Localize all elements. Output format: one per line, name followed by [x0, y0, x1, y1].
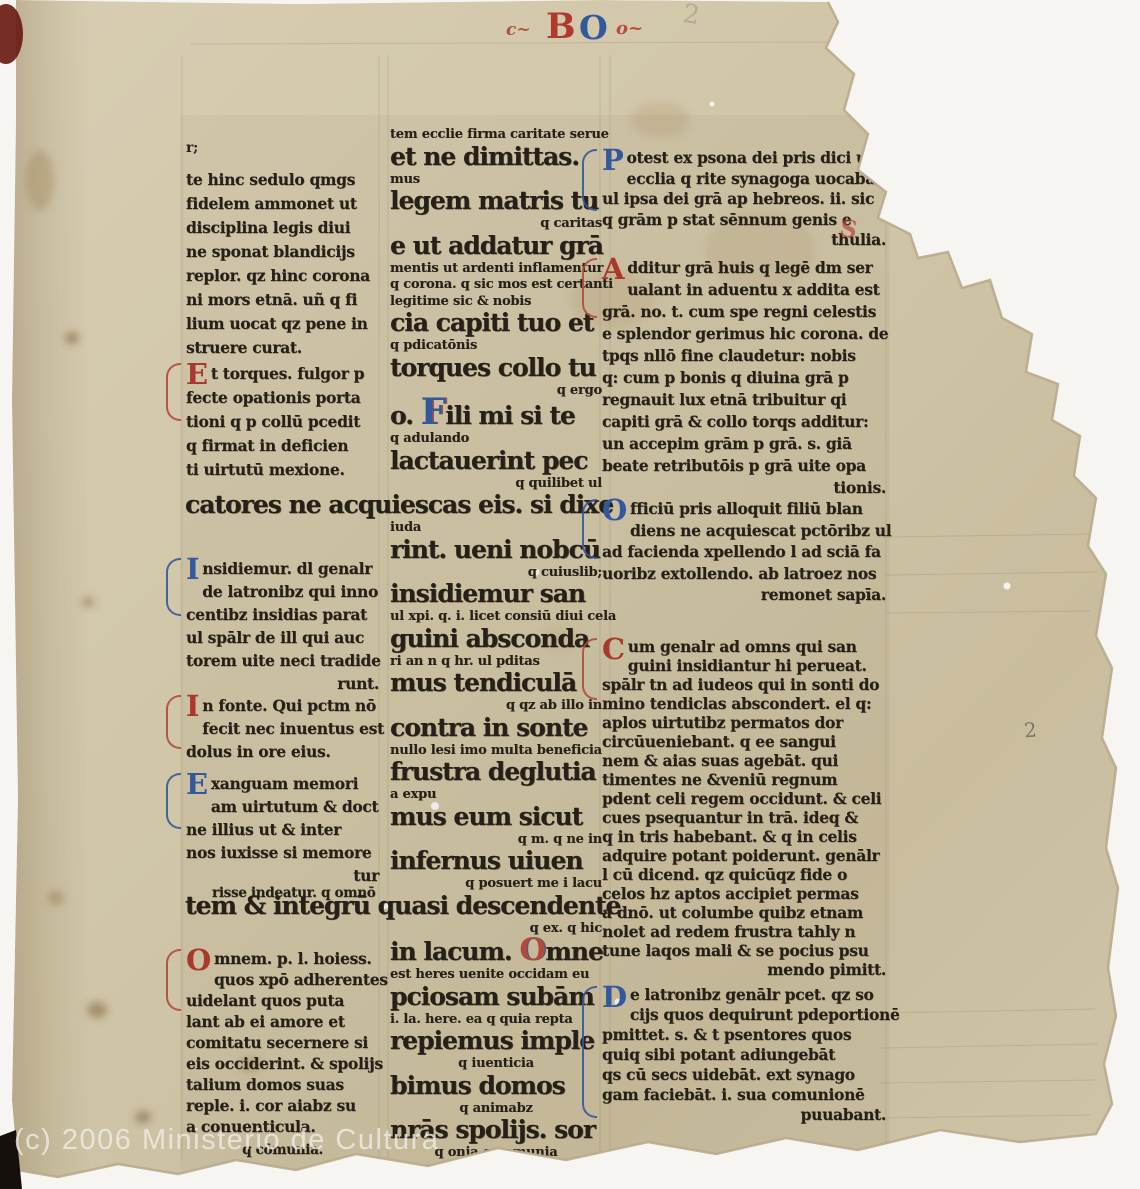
manuscript-text-line: runt. — [186, 672, 379, 695]
initial-bracket-flourish — [582, 499, 597, 559]
manuscript-text-line: reple. i. cor aiabz su — [186, 1095, 379, 1116]
manuscript-text-line: nolet ad redem frustra tahly n — [602, 922, 886, 941]
scripture-text-line: infernus uiuen — [390, 847, 602, 875]
scripture-text-line: et ne dimittas. — [390, 143, 602, 171]
manuscript-text-line: ecclia q rite synagoga uocabant — [602, 169, 886, 190]
interlinear-gloss: iuda — [390, 520, 602, 536]
commentary-block: Omnem. p. l. hoiess.quos xpō adherentesu… — [186, 948, 379, 1137]
manuscript-text-line: grā. no. t. cum spe regni celestis — [602, 301, 886, 323]
copyright-watermark: (c) 2006 Ministerio de Cultura — [14, 1124, 439, 1157]
interlinear-gloss: q qz ab illo in — [390, 698, 602, 714]
initial-bracket-flourish — [582, 986, 597, 1118]
initial-bracket-flourish — [166, 363, 181, 421]
left-commentary-column: r; te hinc sedulo qmgsfidelem ammonet ut… — [186, 0, 379, 1189]
commentary-block: Exanguam memoriam uirtutum & doctne illi… — [186, 772, 379, 887]
interlinear-gloss: tem ecclie firma caritate serue — [390, 127, 602, 143]
manuscript-text-line: ul spālr de ill qui auc — [186, 626, 379, 649]
illuminated-initial: E — [186, 362, 208, 386]
gutter-shadow — [0, 0, 90, 1189]
manuscript-text-line: tionis. — [602, 477, 886, 499]
scripture-text-line: pciosam subām — [390, 983, 602, 1011]
manuscript-text-line: pmittet. s. & t psentores quos — [602, 1025, 886, 1045]
manuscript-text-line: Cum genalr ad omns qui san — [602, 637, 886, 656]
manuscript-text-line: aplos uirtutibz permatos dor — [602, 713, 886, 732]
scripture-text-line: catores ne acquiescas eis. si dixe — [185, 491, 601, 519]
interlinear-gloss: q quilibet ul — [390, 476, 602, 492]
scripture-text-line: torques collo tu — [390, 354, 602, 382]
manuscript-text-line: ad facienda xpellendo l ad sciā fa — [602, 541, 886, 563]
manuscript-text-line: fidelem ammonet ut — [186, 192, 379, 216]
scripture-text-line: insidiemur san — [390, 580, 602, 608]
manuscript-text-line: De latronibz genālr pcet. qz so — [602, 985, 886, 1005]
manuscript-text-line: de latronibz qui inno — [186, 580, 379, 603]
manuscript-text-line: Officiū pris alloquit filiū blan — [602, 498, 886, 520]
running-title-letter-o: O — [579, 8, 608, 47]
rubric-flourish-left: c~ — [506, 20, 531, 40]
illuminated-initial: P — [602, 148, 624, 172]
manuscript-text-line: tpqs nllō fine claudetur: nobis — [602, 345, 886, 367]
manuscript-text-line: struere curat. — [186, 336, 379, 360]
illuminated-initial: O — [519, 932, 545, 968]
scripture-text-line: repiemus imple — [390, 1027, 602, 1055]
interlinear-gloss: q ex. q hic — [390, 921, 602, 937]
commentary-block: Additur grā huis q legē dm serualant in … — [602, 257, 886, 499]
commentary-block: Insidiemur. dl genalrde latronibz qui in… — [186, 557, 379, 695]
scripture-text-line: tem & integrū quasi descendente — [185, 892, 601, 920]
scripture-text-line: guini absconda — [390, 625, 602, 653]
manuscript-text-line: un accepim grām p grā. s. giā — [602, 433, 886, 455]
scripture-text-line: bimus domos — [390, 1072, 602, 1100]
interlinear-gloss: q pdicatōnis — [390, 338, 602, 354]
manuscript-text-line: nos iuxisse si memore — [186, 841, 379, 864]
manuscript-text-line: Omnem. p. l. hoiess. — [186, 948, 379, 969]
commentary-block: Officiū pris alloquit filiū blandiens ne… — [602, 498, 886, 606]
manuscript-text-line: tune laqos mali & se pocius psu — [602, 941, 886, 960]
manuscript-text-line: uoribz extollendo. ab latroez nos — [602, 563, 886, 585]
scripture-text-line: rint. ueni nobcū — [390, 536, 602, 564]
manuscript-text-line: diens ne acquiescat pctōribz ul — [602, 520, 886, 542]
illuminated-initial: I — [186, 557, 199, 581]
manuscript-text-line: regnauit lux etnā tribuitur qi — [602, 389, 886, 411]
interlinear-gloss: nullo lesi imo multa beneficia — [390, 743, 602, 759]
scripture-text-line: lactauerint pec — [390, 447, 602, 475]
commentary-block: De latronibz genālr pcet. qz socijs quos… — [602, 985, 886, 1125]
manuscript-text-line: Exanguam memori — [186, 772, 379, 795]
manuscript-text-line: nem & aias suas agebāt. qui — [602, 751, 886, 770]
interlinear-gloss: q posuert me i lacu — [390, 876, 602, 892]
illuminated-initial: O — [186, 948, 211, 972]
right-commentary-column: Potest ex psona dei pris dici utecclia q… — [602, 0, 886, 1189]
manuscript-text-line: remonet sapīa. — [602, 584, 886, 606]
manuscript-text-line: puuabant. — [602, 1105, 886, 1125]
interlinear-gloss: ul xpi. q. i. licet consiū diui cela — [390, 609, 602, 625]
scripture-text-line: mus eum sicut — [390, 803, 602, 831]
manuscript-text-line: mino tendiclas abscondert. el q: — [602, 694, 886, 713]
interlinear-gloss: q adulando — [390, 431, 602, 447]
manuscript-text-line: quiq sibi potant adiungebāt — [602, 1045, 886, 1065]
initial-bracket-flourish — [166, 773, 181, 829]
running-title: c~ B O o~ — [500, 4, 680, 54]
scripture-text-line: mus tendiculā — [390, 669, 602, 697]
manuscript-text-line: Additur grā huis q legē dm ser — [602, 257, 886, 279]
manuscript-text-line: lant ab ei amore et — [186, 1011, 379, 1032]
illuminated-initial: D — [602, 985, 627, 1009]
manuscript-text-line: lium uocat qz pene in — [186, 312, 379, 336]
manuscript-text-line: celos hz aptos accipiet permas — [602, 884, 886, 903]
manuscript-text-line: q firmat in deficien — [186, 434, 379, 458]
manuscript-text-line: spālr tn ad iudeos qui in sonti do — [602, 675, 886, 694]
interlinear-gloss: q m. q ne in — [390, 832, 602, 848]
manuscript-text-line: eis occiderint. & spolijs — [186, 1053, 379, 1074]
manuscript-text-line: gam faciebāt. i. sua comunionē — [602, 1085, 886, 1105]
interlinear-gloss: q caritas — [390, 216, 602, 232]
manuscript-text-line: circūueniebant. q ee sangui — [602, 732, 886, 751]
manuscript-text-line: am uirtutum & doct — [186, 795, 379, 818]
scripture-text-line: legem matris tu — [390, 187, 602, 215]
interlinear-gloss: i. la. here. ea q quia repta — [390, 1012, 602, 1028]
manuscript-text-line: ul ipsa dei grā ap hebreos. ii. sic — [602, 189, 886, 210]
manuscript-text-line: ni mors etnā. uñ q fi — [186, 288, 379, 312]
scripture-text-line: e ut addatur grā — [390, 232, 602, 260]
interlinear-gloss: ri an n q hr. ul pditas — [390, 654, 602, 670]
manuscript-text-line: ti uirtutū mexione. — [186, 458, 379, 482]
manuscript-text-line: talium domos suas — [186, 1074, 379, 1095]
scripture-text-line: in lacum. Omne — [390, 936, 602, 966]
commentary-block: In fonte. Qui pctm nōfecit nec inuentus … — [186, 694, 379, 763]
illuminated-initial: I — [186, 694, 199, 718]
initial-bracket-flourish — [166, 558, 181, 616]
manuscript-text-line: torem uite neci tradide — [186, 649, 379, 672]
manuscript-text-line: replor. qz hinc corona — [186, 264, 379, 288]
manuscript-text-line: cues psequantur in trā. ideq & — [602, 808, 886, 827]
manuscript-text-line: capiti grā & collo torqs additur: — [602, 411, 886, 433]
manuscript-text-line: e splendor gerimus hic corona. de — [602, 323, 886, 345]
interlinear-gloss: q corona. q sic mos est certanti — [390, 277, 602, 293]
manuscript-text-line: te hinc sedulo qmgs — [186, 168, 379, 192]
initial-bracket-flourish — [582, 149, 597, 211]
running-title-letter-b: B — [546, 6, 576, 47]
manuscript-text-line: adquire potant poiderunt. genālr — [602, 846, 886, 865]
fragment-streaks — [900, 4, 966, 205]
scripture-text-line: frustra deglutia — [390, 758, 602, 786]
manuscript-text-line: l cū dicend. qz quicūqz fide o — [602, 865, 886, 884]
scripture-column: tem ecclie firma caritate serueet ne dim… — [390, 126, 602, 1189]
manuscript-text-line: tioni q p collū pcedit — [186, 410, 379, 434]
manuscript-text-line: timentes ne &veniū regnum — [602, 770, 886, 789]
manuscript-text-line: ne sponat blandicijs — [186, 240, 379, 264]
manuscript-text-line: pdent celi regem occidunt. & celi — [602, 789, 886, 808]
interlinear-gloss: mentis ut ardenti inflamentur — [390, 261, 602, 277]
manuscript-text-line: guini insidiantur hi perueat. — [602, 656, 886, 675]
interlinear-gloss: q cuiuslib; — [390, 565, 602, 581]
manuscript-text-line: disciplina legis diui — [186, 216, 379, 240]
manuscript-text-line: fecte opationis porta — [186, 386, 379, 410]
interlinear-gloss: q iuenticia — [390, 1056, 602, 1072]
manuscript-text-line: ne illius ut & inter — [186, 818, 379, 841]
illuminated-initial: F — [421, 391, 446, 433]
scripture-text-line: contra in sonte — [390, 714, 602, 742]
manuscript-text-line: quos xpō adherentes — [186, 969, 379, 990]
manuscript-text-line: centibz insidias parat — [186, 603, 379, 626]
illuminated-initial: E — [186, 772, 208, 796]
manuscript-text-line: comitatu secernere si — [186, 1032, 379, 1053]
commentary-block: te hinc sedulo qmgsfidelem ammonet utdis… — [186, 168, 379, 360]
commentary-block: Cum genalr ad omns qui sanguini insidian… — [602, 637, 886, 979]
initial-bracket-flourish — [166, 949, 181, 1011]
interlinear-gloss: q animabz — [390, 1101, 602, 1117]
manuscript-scan-page: r; te hinc sedulo qmgsfidelem ammonet ut… — [0, 0, 1140, 1189]
interlinear-gloss: est heres uenite occidam eu — [390, 967, 602, 983]
manuscript-text-line: qs cū secs uidebāt. ext synago — [602, 1065, 886, 1085]
manuscript-text-line: In fonte. Qui pctm nō — [186, 694, 379, 717]
scripture-text-line: cia capiti tuo et — [390, 309, 602, 337]
manuscript-text-line: q in tris habebant. & q in celis — [602, 827, 886, 846]
manuscript-text-line: uidelant quos puta — [186, 990, 379, 1011]
manuscript-text-line: Et torques. fulgor p — [186, 362, 379, 386]
manuscript-text-line: beate retributōis p grā uite opa — [602, 455, 886, 477]
manuscript-text-line: a dnō. ut columbe quibz etnam — [602, 903, 886, 922]
illuminated-initial: C — [602, 637, 625, 661]
paragraph-marker: r; — [186, 140, 379, 156]
manuscript-text-line: ualant in aduentu x addita est — [602, 279, 886, 301]
initial-bracket-flourish — [582, 638, 597, 700]
interlinear-gloss: legitime sic & nobis — [390, 294, 602, 310]
illuminated-initial: A — [602, 257, 624, 281]
commentary-block: Et torques. fulgor pfecte opationis port… — [186, 362, 379, 482]
manuscript-text-line: q: cum p bonis q diuina grā p — [602, 367, 886, 389]
initial-bracket-flourish — [582, 258, 597, 318]
manuscript-text-line: dolus in ore eius. — [186, 740, 379, 763]
manuscript-text-line: Potest ex psona dei pris dici ut — [602, 148, 886, 169]
manuscript-text-line: fecit nec inuentus est — [186, 717, 379, 740]
rubric-flourish-right: o~ — [616, 18, 643, 39]
pencil-folio-number: 2 — [1023, 718, 1037, 743]
interlinear-gloss: a expu — [390, 787, 602, 803]
manuscript-text-line: cijs quos dequirunt pdeportionē — [602, 1005, 886, 1025]
illuminated-initial: O — [602, 498, 627, 522]
initial-bracket-flourish — [166, 695, 181, 749]
manuscript-text-line: Insidiemur. dl genalr — [186, 557, 379, 580]
manuscript-text-line: mendo pimitt. — [602, 960, 886, 979]
scripture-text-line: o. Fili mi si te — [390, 398, 602, 430]
interlinear-gloss: mus — [390, 172, 602, 188]
